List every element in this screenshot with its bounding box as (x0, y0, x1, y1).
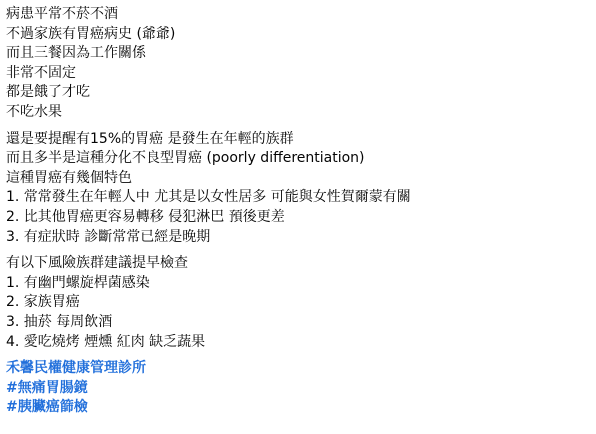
hashtag-painless-endoscopy-link[interactable]: #無痛胃腸鏡 (6, 380, 88, 396)
text-line: 非常不固定 (6, 64, 591, 84)
list-item: 3. 抽菸 每周飲酒 (6, 313, 591, 333)
list-item: 2. 比其他胃癌更容易轉移 侵犯淋巴 預後更差 (6, 208, 591, 228)
text-line: 都是餓了才吃 (6, 83, 591, 103)
list-item: 3. 有症狀時 診斷常常已經是晚期 (6, 228, 591, 248)
links-block: 禾馨民權健康管理診所 #無痛胃腸鏡 #胰臟癌篩檢 (6, 359, 591, 418)
paragraph-patient-history: 病患平常不菸不酒 不過家族有胃癌病史 (爺爺) 而且三餐因為工作關係 非常不固定… (6, 5, 591, 123)
list-item: 1. 常常發生在年輕人中 尤其是以女性居多 可能與女性賀爾蒙有關 (6, 188, 591, 208)
text-line: 而且多半是這種分化不良型胃癌 (poorly differentiation) (6, 149, 591, 169)
clinic-page-link[interactable]: 禾馨民權健康管理診所 (6, 360, 146, 376)
list-item: 2. 家族胃癌 (6, 293, 591, 313)
text-line: 不吃水果 (6, 103, 591, 123)
list-item: 4. 愛吃燒烤 煙燻 紅肉 缺乏蔬果 (6, 333, 591, 353)
text-line: 有以下風險族群建議提早檢查 (6, 254, 591, 274)
text-line: 還是要提醒有15%的胃癌 是發生在年輕的族群 (6, 130, 591, 150)
paragraph-risk-groups: 有以下風險族群建議提早檢查 1. 有幽門螺旋桿菌感染 2. 家族胃癌 3. 抽菸… (6, 254, 591, 352)
list-item: 1. 有幽門螺旋桿菌感染 (6, 274, 591, 294)
text-line: 病患平常不菸不酒 (6, 5, 591, 25)
text-line: 而且三餐因為工作關係 (6, 44, 591, 64)
text-line: 不過家族有胃癌病史 (爺爺) (6, 25, 591, 45)
hashtag-pancreatic-screening-link[interactable]: #胰臟癌篩檢 (6, 399, 88, 415)
text-line: 這種胃癌有幾個特色 (6, 169, 591, 189)
paragraph-cancer-features: 還是要提醒有15%的胃癌 是發生在年輕的族群 而且多半是這種分化不良型胃癌 (p… (6, 130, 591, 248)
post-body: 病患平常不菸不酒 不過家族有胃癌病史 (爺爺) 而且三餐因為工作關係 非常不固定… (6, 5, 591, 418)
